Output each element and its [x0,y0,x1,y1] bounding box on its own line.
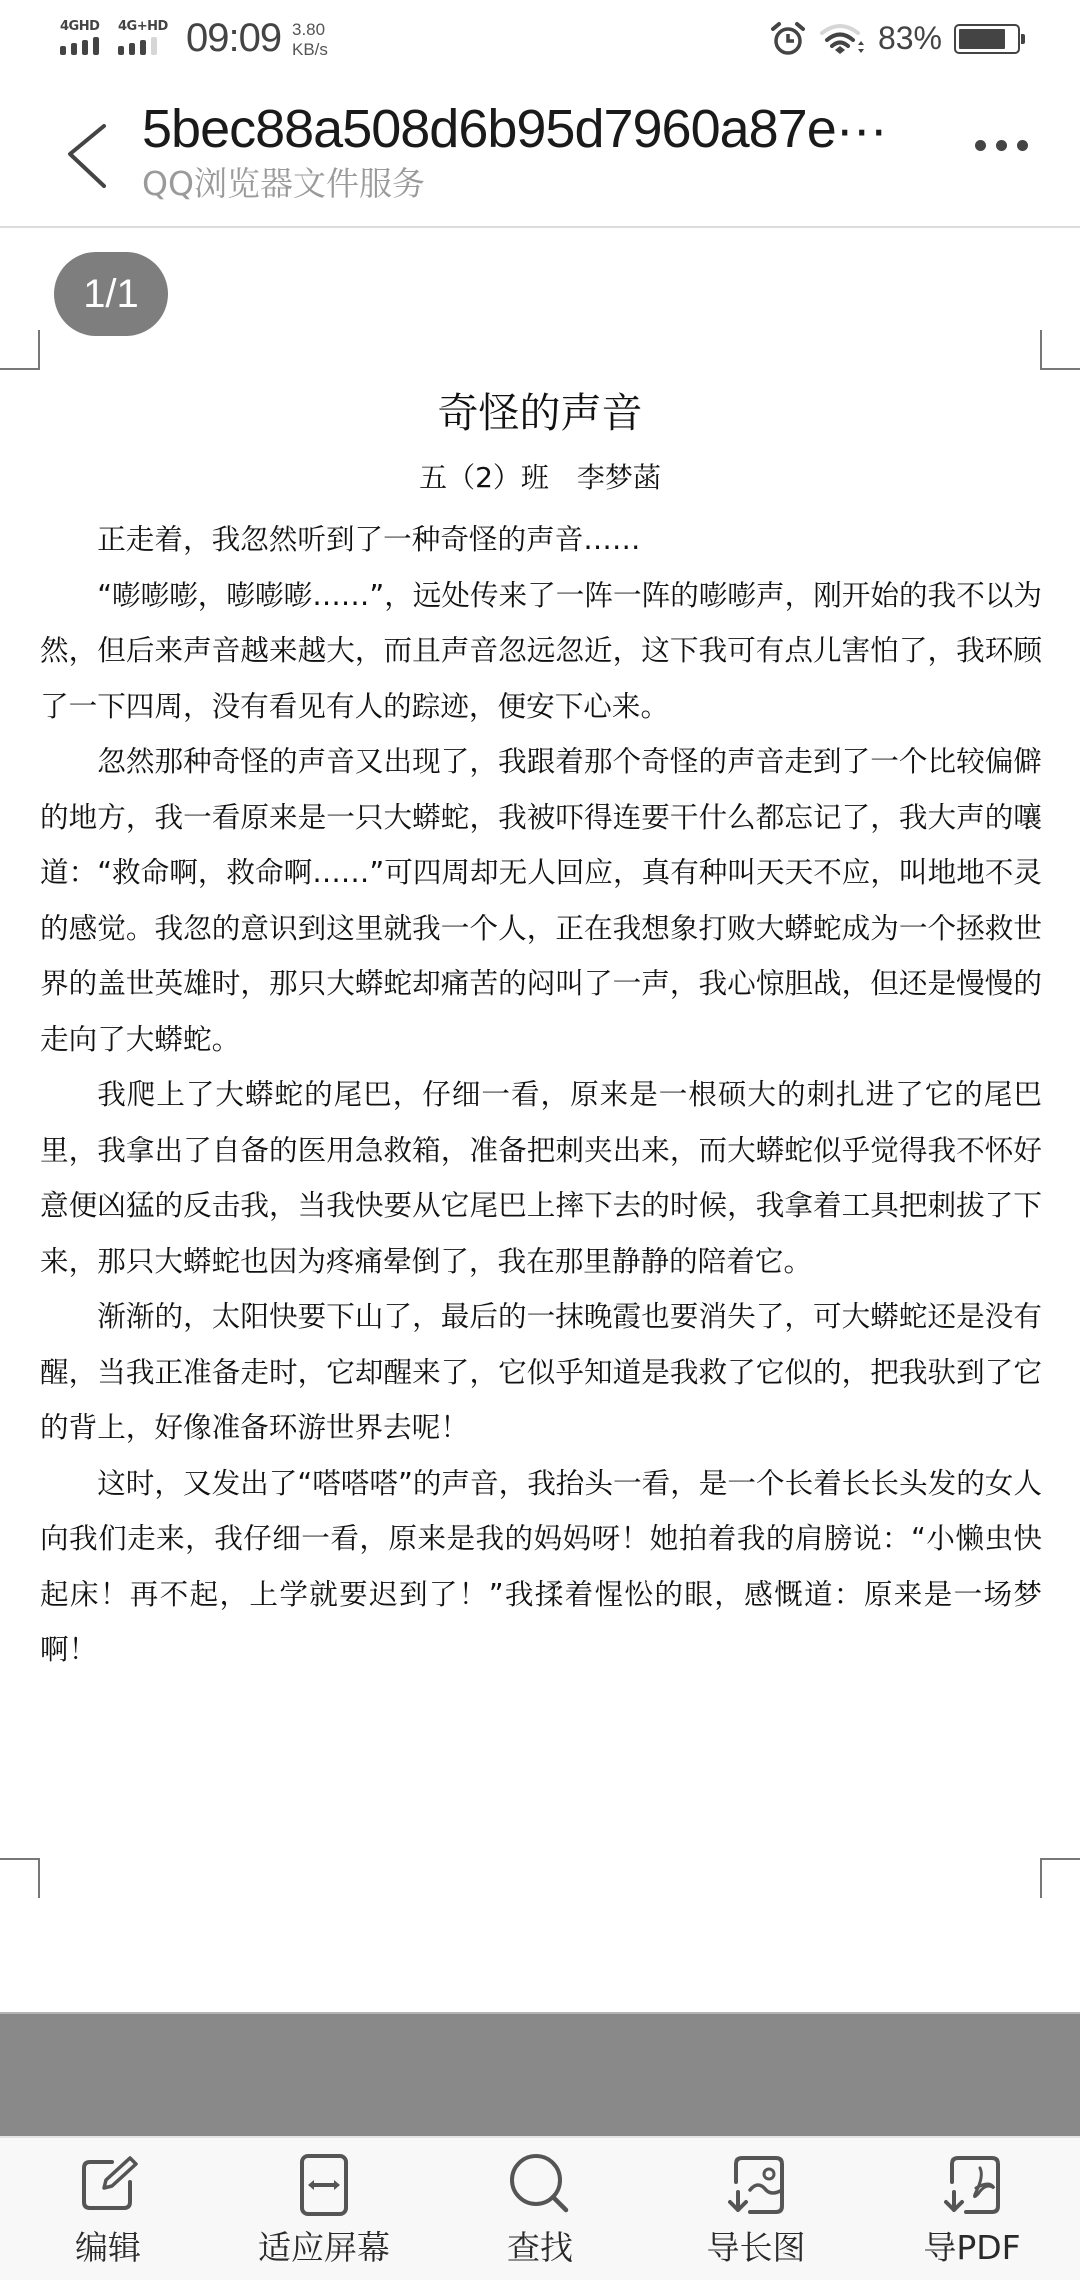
search-icon [508,2152,572,2216]
network-speed: 3.80 KB/s [292,20,328,60]
signal-1-label: 4GHD [60,20,99,34]
viewer-background [0,2012,1080,2136]
file-title: 5bec88a508d6b95d7960a87e··· [142,98,887,160]
fit-screen-button[interactable]: 适应屏幕 [216,2138,432,2280]
document-viewer[interactable]: 1/1 奇怪的声音 五（2）班 李梦菡 正走着，我忽然听到了一种奇怪的声音…… … [0,230,1080,2012]
page-corner-mark [1040,1858,1080,1898]
more-dot-icon [975,140,986,151]
status-bar: 4GHD 4G+HD 09:09 3.80 KB/s 83% [0,0,1080,78]
fit-screen-icon [292,2152,356,2216]
paragraph: 渐渐的，太阳快要下山了，最后的一抹晚霞也要消失了，可大蟒蛇还是没有醒，当我正准备… [40,1289,1042,1456]
export-pdf-button[interactable]: 导PDF [864,2138,1080,2280]
export-long-image-label: 导长图 [707,2222,806,2269]
network-speed-unit: KB/s [292,40,328,60]
document-body: 正走着，我忽然听到了一种奇怪的声音…… “嘭嘭嘭，嘭嘭嘭……”，远处传来了一阵一… [40,512,1042,1678]
export-long-image-button[interactable]: 导长图 [648,2138,864,2280]
battery-icon [954,24,1020,54]
more-dot-icon [1017,140,1028,151]
more-options-button[interactable] [975,140,1028,151]
cellular-signal-2: 4G+HD [118,20,168,55]
fit-screen-label: 适应屏幕 [258,2222,390,2269]
page-corner-mark [0,1858,40,1898]
chevron-left-icon [56,116,116,196]
back-button[interactable] [56,116,116,196]
page-corner-mark [0,330,40,370]
edit-button[interactable]: 编辑 [0,2138,216,2280]
alarm-icon [770,21,806,57]
page-corner-mark [1040,330,1080,370]
export-pdf-icon [940,2152,1004,2216]
file-source: QQ浏览器文件服务 [142,158,425,205]
status-icons: 83% [770,20,1020,57]
paragraph: 正走着，我忽然听到了一种奇怪的声音…… [40,512,1042,568]
edit-label: 编辑 [75,2222,141,2269]
export-long-image-icon [724,2152,788,2216]
paragraph: 忽然那种奇怪的声音又出现了，我跟着那个奇怪的声音走到了一个比较偏僻的地方，我一看… [40,734,1042,1067]
paragraph: 这时，又发出了“嗒嗒嗒”的声音，我抬头一看，是一个长着长长头发的女人向我们走来，… [40,1456,1042,1678]
edit-icon [76,2152,140,2216]
clock: 09:09 [186,16,281,61]
wifi-icon [818,21,866,57]
signal-2-label: 4G+HD [118,20,168,34]
paragraph: “嘭嘭嘭，嘭嘭嘭……”，远处传来了一阵一阵的嘭嘭声，刚开始的我不以为然，但后来声… [40,568,1042,735]
search-label: 查找 [507,2222,573,2269]
signal-bars-icon [118,37,157,55]
paragraph: 我爬上了大蟒蛇的尾巴，仔细一看，原来是一根硕大的刺扎进了它的尾巴里，我拿出了自备… [40,1067,1042,1289]
document-author: 五（2）班 李梦菡 [0,456,1080,496]
page-indicator: 1/1 [54,252,168,336]
network-speed-value: 3.80 [292,20,328,40]
export-pdf-label: 导PDF [923,2222,1020,2269]
search-button[interactable]: 查找 [432,2138,648,2280]
battery-percent: 83% [878,20,942,57]
document-title: 奇怪的声音 [0,380,1080,439]
signal-bars-icon [60,37,99,55]
app-header: 5bec88a508d6b95d7960a87e··· QQ浏览器文件服务 [0,78,1080,228]
more-dot-icon [996,140,1007,151]
cellular-signal-1: 4GHD [60,20,99,55]
bottom-toolbar: 编辑 适应屏幕 查找 导长图 导PDF [0,2136,1080,2280]
